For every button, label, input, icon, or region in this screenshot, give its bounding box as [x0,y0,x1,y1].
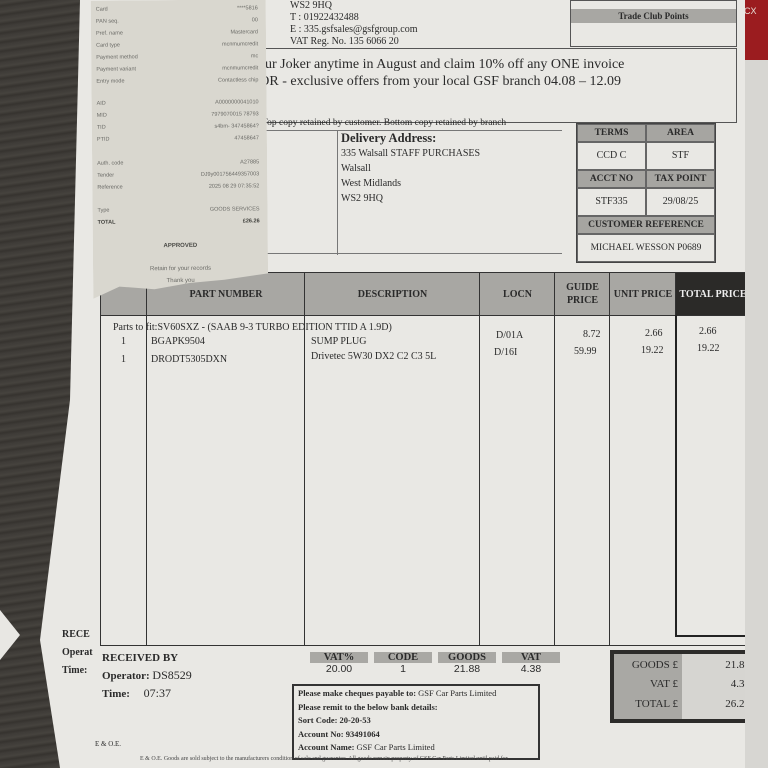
total-column-frame [675,315,751,637]
column-divider [609,273,610,645]
receipt-value: DJ9y001756449357003 [201,171,259,178]
copy-note: Top copy retained by customer. Bottom co… [262,118,506,128]
receipt-label: Tender [97,173,114,179]
row-locn: D/16I [494,347,517,361]
terms-label: TERMS [577,124,646,142]
receipt-label: PTID [97,137,110,143]
account-info-grid: TERMS AREA CCD C STF ACCT NO TAX POINT S… [576,123,716,263]
receipt-label: Card [96,7,108,13]
receipt-label: TID [97,125,106,131]
row-description: Drivetec 5W30 DX2 C2 C3 5L [311,351,436,365]
receipt-value: 2025 08 29 07:35:52 [209,183,260,189]
row-part-number: DRODT5305DXN [151,354,227,368]
receipt-label: Entry mode [96,78,124,84]
customer-ref-label: CUSTOMER REFERENCE [577,216,715,234]
eoe-note: E & O.E. [95,740,121,748]
receipt-footer: Retain for your records [93,265,268,273]
delivery-line: Walsall [341,161,566,176]
receipt-value: A0000000041010 [215,99,258,105]
receipt-value: 7979070015 78793 [211,111,258,117]
receipt-value: s4bm- 34745864? [214,123,258,129]
area-label: AREA [646,124,715,142]
receipt-value: Contactless chip [218,77,258,83]
vat-total-label: VAT £ [614,678,682,690]
time-value: 07:37 [144,686,171,700]
delivery-title: Delivery Address: [341,131,566,146]
locn-header: LOCN [479,273,555,315]
underlying-received-title: RECE [62,626,93,644]
underlying-time-label: Time: [62,662,93,680]
receipt-label: AID [97,101,106,107]
receipt-label: Payment method [96,54,138,60]
receipt-value: 00 [252,17,258,23]
totals-box: GOODS £ 21.88 VAT £ 4.38 TOTAL £ 26.26 [610,650,758,723]
trade-club-box: Trade Club Points [570,0,737,47]
column-divider [554,273,555,645]
promo-line-1: your Joker anytime in August and claim 1… [251,56,736,73]
receipt-label: Reference [97,184,122,190]
goods-total-label: GOODS £ [614,659,682,671]
paper-corner [0,610,20,660]
received-by-block: RECEIVED BY Operator: DS8529 Time: 07:37 [102,650,192,703]
receipt-value: 47458647 [234,135,259,141]
promo-banner: your Joker anytime in August and claim 1… [250,48,737,123]
trade-club-label: Trade Club Points [571,9,736,23]
code-value: 1 [374,663,432,675]
total-price-header: TOTAL PRICE [675,273,750,315]
acct-label: ACCT NO [577,170,646,188]
account-name-label: Account Name: [298,742,354,752]
row-guide-price: 59.99 [574,346,597,360]
vat-percent-header: VAT% [310,652,368,663]
row-total-price: 19.22 [697,343,720,357]
branch-vat-reg: VAT Reg. No. 135 6066 20 [290,36,418,48]
payment-details-box: Please make cheques payable to: GSF Car … [292,684,540,760]
receipt-label: Payment variant [96,66,136,72]
row-part-number: BGAPK9504 [151,336,205,350]
receipt-label: MID [97,113,107,119]
row-locn: D/01A [496,330,523,344]
receipt-value: ****5816 [237,5,258,11]
receipt-value: mc [251,53,258,59]
row-qty: 1 [121,336,126,350]
goods-header: GOODS [438,652,496,663]
received-by-title: RECEIVED BY [102,650,192,667]
receipt-value: GOODS SERVICES [210,206,260,212]
receipt-total-value: £26.26 [243,218,260,224]
unit-price-header: UNIT PRICE [609,273,676,315]
red-note-text: CX [744,6,757,16]
cheques-payee: GSF Car Parts Limited [418,688,496,698]
row-guide-price: 8.72 [583,329,601,343]
receipt-value: A27885 [240,159,259,165]
receipt-label: PAN seq. [96,19,119,25]
remit-instruction: Please remit to the below bank details: [298,701,534,715]
vehicle-fit-line: Parts to fit:SV60SXZ - (SAAB 9-3 TURBO E… [113,322,392,333]
row-description: SUMP PLUG [311,336,366,350]
goods-total-value: 21.88 [682,659,754,671]
customer-ref-value: MICHAEL WESSON P0689 [577,234,715,262]
acct-value: STF335 [577,188,646,216]
receipt-total-label: TOTAL [98,220,116,226]
code-header: CODE [374,652,432,663]
delivery-line: 335 Walsall STAFF PURCHASES [341,146,566,161]
delivery-line: West Midlands [341,176,566,191]
vat-summary: VAT% CODE GOODS VAT 20.00 1 21.88 4.38 [310,652,560,675]
branch-email: E : 335.gsfsales@gsfgroup.com [290,24,418,36]
branch-postcode: WS2 9HQ [290,0,418,12]
vat-value: 4.38 [502,663,560,675]
guide-price-header: GUIDE PRICE [554,273,610,315]
delivery-address-box: Delivery Address: 335 Walsall STAFF PURC… [262,130,562,254]
branch-phone: T : 01922432488 [290,12,418,24]
row-total-price: 2.66 [699,326,717,340]
area-value: STF [646,142,715,170]
operator-label: Operator: [102,670,150,682]
operator-value: DS8529 [152,668,191,682]
column-divider [479,273,480,645]
tax-point-value: 29/08/25 [646,188,715,216]
receipt-label: Card type [96,43,120,49]
underlying-operator-label: Operat [62,644,93,662]
sort-code: Sort Code: 20-20-53 [298,714,534,728]
grand-total-value: 26.26 [682,698,754,710]
row-unit-price: 2.66 [645,328,663,342]
underlying-received-labels: RECE Operat Time: [62,626,93,680]
tax-point-label: TAX POINT [646,170,715,188]
receipt-status: APPROVED [93,242,268,250]
receipt-label: Type [98,208,110,214]
description-header: DESCRIPTION [304,273,480,315]
vat-header: VAT [502,652,560,663]
goods-value: 21.88 [438,663,496,675]
receipt-label: Auth. code [97,160,123,166]
grand-total-label: TOTAL £ [614,698,682,710]
time-label: Time: [102,688,130,700]
terms-footnote: E & O.E. Goods are sold subject to the m… [140,756,509,762]
receipt-value: Mastercard [230,29,258,35]
receipt-value: mcnmumcredit [222,65,258,71]
parts-table: PART NUMBER DESCRIPTION LOCN GUIDE PRICE… [100,272,750,646]
receipt-label: Pref. name [96,30,123,36]
account-name: GSF Car Parts Limited [357,742,435,752]
row-qty: 1 [121,354,126,368]
cheques-label: Please make cheques payable to: [298,688,416,698]
delivery-line: WS2 9HQ [341,191,566,206]
promo-line-2: TOR - exclusive offers from your local G… [251,73,736,90]
account-number: Account No: 93491064 [298,728,534,742]
vat-percent-value: 20.00 [310,663,368,675]
terms-value: CCD C [577,142,646,170]
card-receipt: Card****5816 PAN seq.00 Pref. nameMaster… [91,0,269,299]
branch-contact: WS2 9HQ T : 01922432488 E : 335.gsfsales… [290,0,418,48]
row-unit-price: 19.22 [641,345,664,359]
vat-total-value: 4.38 [682,678,754,690]
receipt-value: mcnmumcredit [222,41,258,47]
